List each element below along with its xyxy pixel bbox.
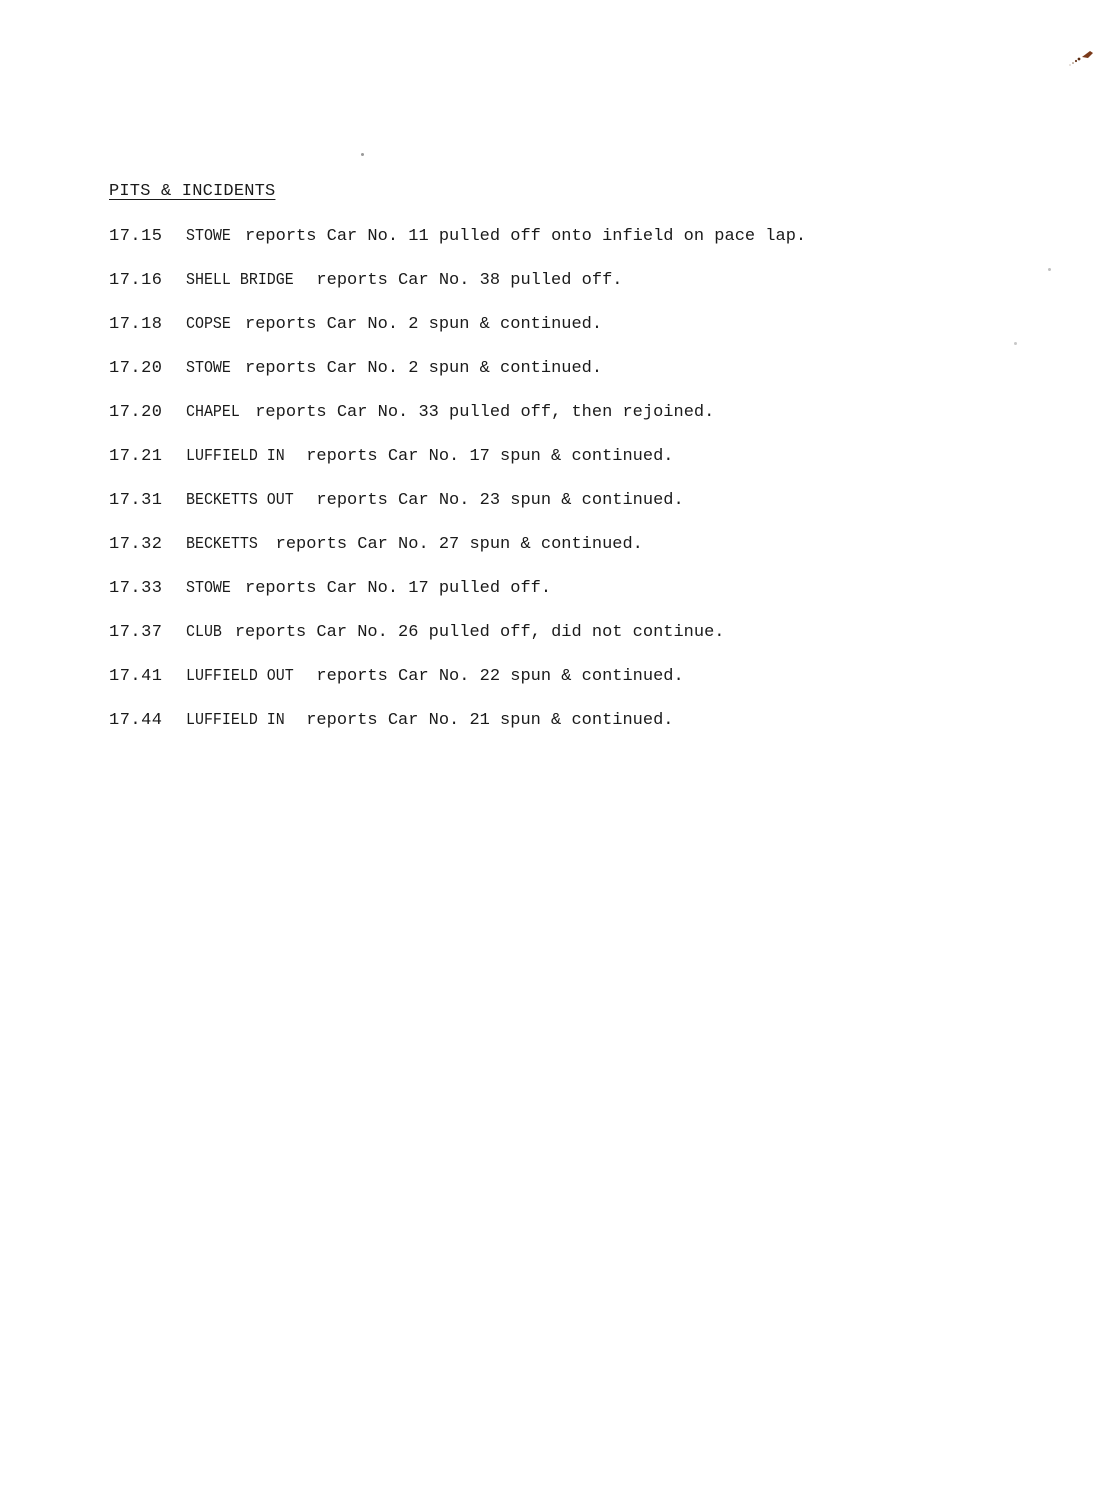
incident-list: 17.15 STOWE reports Car No. 11 pulled of… [109,226,806,754]
incident-entry: 17.41 LUFFIELD OUT reports Car No. 22 sp… [109,666,806,710]
incident-time: 17.16 [109,270,186,314]
incident-location: STOWE [186,578,231,622]
incident-location: BECKETTS [186,534,258,578]
paper-speck [1048,268,1051,271]
incident-entry: 17.15 STOWE reports Car No. 11 pulled of… [109,226,806,270]
incident-entry: 17.20 CHAPEL reports Car No. 33 pulled o… [109,402,806,446]
incident-location: COPSE [186,314,231,358]
incident-time: 17.15 [109,226,186,270]
incident-location: CLUB [186,622,222,666]
incident-location: CHAPEL [186,402,240,446]
document-page: PITS & INCIDENTS 17.15 STOWE reports Car… [0,0,1094,1500]
incident-report: reports Car No. 21 spun & continued. [306,710,673,754]
incident-entry: 17.33 STOWE reports Car No. 17 pulled of… [109,578,806,622]
incident-report: reports Car No. 17 spun & continued. [306,446,673,490]
incident-entry: 17.18 COPSE reports Car No. 2 spun & con… [109,314,806,358]
paper-speck [361,153,364,156]
incident-time: 17.21 [109,446,186,490]
incident-time: 17.37 [109,622,186,666]
ink-stain-mark [1068,48,1094,68]
incident-entry: 17.31 BECKETTS OUT reports Car No. 23 sp… [109,490,806,534]
incident-location: LUFFIELD IN [186,710,285,754]
incident-report: reports Car No. 26 pulled off, did not c… [235,622,725,666]
incident-report: reports Car No. 2 spun & continued. [245,314,602,358]
incident-time: 17.32 [109,534,186,578]
incident-entry: 17.21 LUFFIELD IN reports Car No. 17 spu… [109,446,806,490]
incident-report: reports Car No. 17 pulled off. [245,578,551,622]
incident-time: 17.20 [109,358,186,402]
incident-location: LUFFIELD IN [186,446,285,490]
incident-report: reports Car No. 2 spun & continued. [245,358,602,402]
incident-report: reports Car No. 38 pulled off. [316,270,622,314]
incident-entry: 17.32 BECKETTS reports Car No. 27 spun &… [109,534,806,578]
incident-location: BECKETTS OUT [186,490,294,534]
incident-entry: 17.16 SHELL BRIDGE reports Car No. 38 pu… [109,270,806,314]
incident-report: reports Car No. 33 pulled off, then rejo… [255,402,714,446]
incident-location: STOWE [186,226,231,270]
incident-report: reports Car No. 27 spun & continued. [276,534,643,578]
incident-report: reports Car No. 11 pulled off onto infie… [245,226,806,270]
incident-time: 17.41 [109,666,186,710]
section-heading: PITS & INCIDENTS [109,182,275,201]
incident-time: 17.33 [109,578,186,622]
incident-report: reports Car No. 22 spun & continued. [316,666,683,710]
incident-entry: 17.37 CLUB reports Car No. 26 pulled off… [109,622,806,666]
incident-entry: 17.44 LUFFIELD IN reports Car No. 21 spu… [109,710,806,754]
incident-time: 17.20 [109,402,186,446]
incident-time: 17.18 [109,314,186,358]
incident-location: SHELL BRIDGE [186,270,294,314]
incident-entry: 17.20 STOWE reports Car No. 2 spun & con… [109,358,806,402]
incident-report: reports Car No. 23 spun & continued. [316,490,683,534]
incident-time: 17.31 [109,490,186,534]
incident-location: LUFFIELD OUT [186,666,294,710]
incident-location: STOWE [186,358,231,402]
incident-time: 17.44 [109,710,186,754]
paper-speck [1014,342,1017,345]
